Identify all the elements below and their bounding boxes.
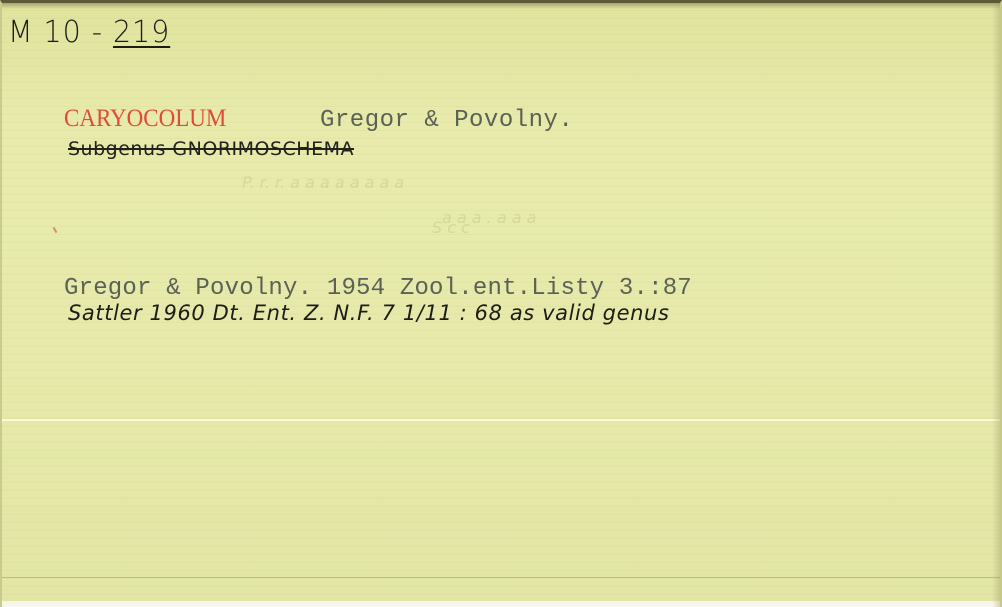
accession-number: M 10 - 219	[8, 15, 170, 50]
bleed-through-text-1: P. r. r. a a a a a a a a	[242, 173, 404, 192]
genus-authority: Gregor & Povolny.	[320, 107, 573, 134]
accession-number-value: 219	[113, 15, 170, 50]
bottom-rule	[2, 577, 1000, 578]
accession-prefix: M 10 -	[8, 15, 113, 50]
index-card: M 10 - 219 CARYOCOLUM Gregor & Povolny. …	[0, 0, 1002, 607]
red-mark	[53, 227, 58, 233]
citation-original: Gregor & Povolny. 1954 Zool.ent.Listy 3.…	[64, 275, 692, 302]
citation-handwritten: Sattler 1960 Dt. Ent. Z. N.F. 7 1/11 : 6…	[68, 301, 670, 325]
card-bottom-edge	[2, 601, 1000, 607]
genus-name: CARYOCOLUM	[64, 105, 226, 133]
scan-artifact-line	[2, 419, 1000, 421]
struck-subgenus-note: Subgenus GNORIMOSCHEMA	[68, 138, 354, 160]
bleed-through-text-3: S c c	[432, 218, 470, 237]
